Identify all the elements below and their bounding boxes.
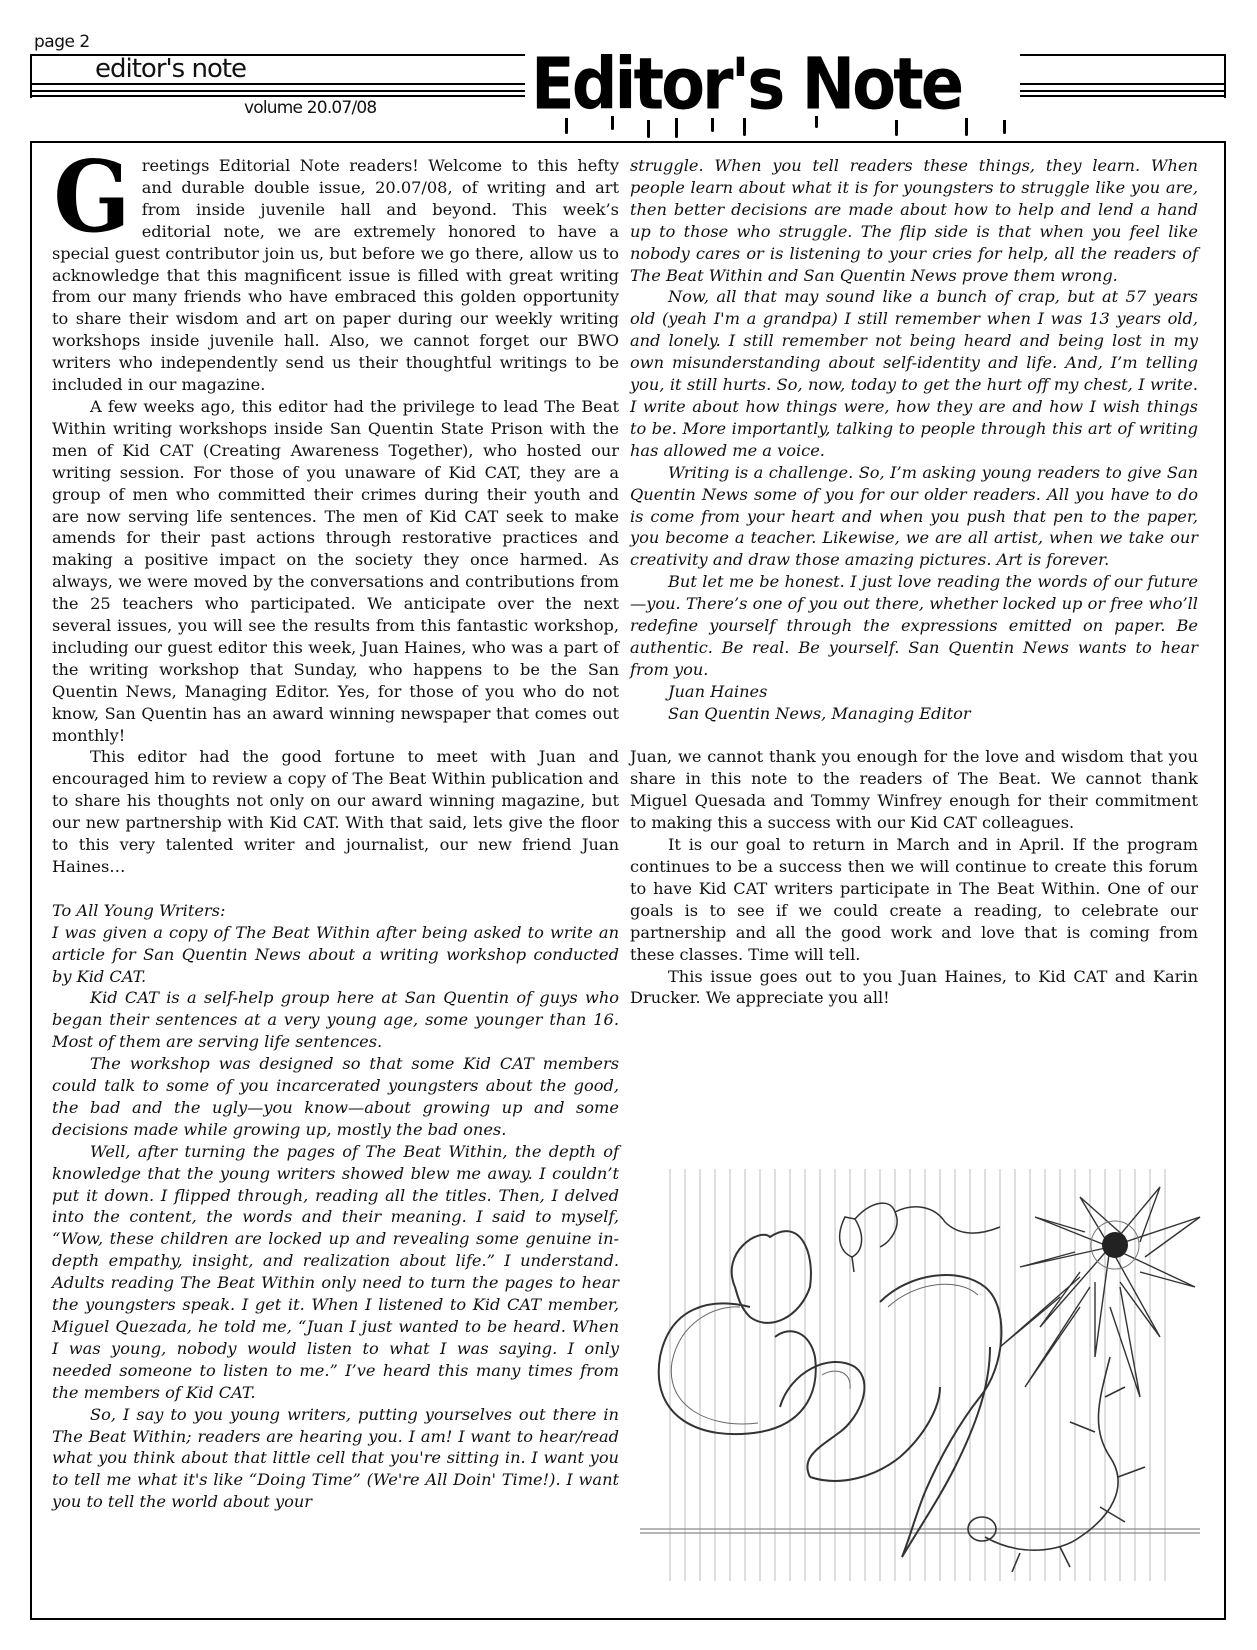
- right-column: struggle. When you tell readers these th…: [630, 155, 1198, 1009]
- drip-decoration: [711, 118, 714, 132]
- letter-paragraph: struggle. When you tell readers these th…: [630, 155, 1198, 286]
- closing-paragraph: Juan, we cannot thank you enough for the…: [630, 746, 1198, 834]
- signature-name: Juan Haines: [630, 681, 1198, 703]
- drip-decoration: [1003, 120, 1006, 134]
- drop-cap: G: [53, 159, 130, 237]
- paragraph: A few weeks ago, this editor had the pri…: [52, 396, 619, 747]
- masthead: Editor's Note: [525, 40, 1020, 132]
- drip-decoration: [743, 118, 746, 136]
- drip-decoration: [611, 116, 614, 130]
- drip-decoration: [965, 118, 968, 136]
- volume-label: volume 20.07/08: [244, 98, 376, 118]
- letter-paragraph: Writing is a challenge. So, I’m asking y…: [630, 462, 1198, 572]
- letter-paragraph: Well, after turning the pages of The Bea…: [52, 1141, 619, 1404]
- left-column: Greetings Editorial Note readers! Welcom…: [52, 155, 619, 1513]
- letter-paragraph: I was given a copy of The Beat Within af…: [52, 922, 619, 988]
- letter-paragraph: But let me be honest. I just love readin…: [630, 571, 1198, 681]
- letter-paragraph: Kid CAT is a self-help group here at San…: [52, 987, 619, 1053]
- signature-title: San Quentin News, Managing Editor: [630, 703, 1198, 725]
- closing-paragraph: This issue goes out to you Juan Haines, …: [630, 966, 1198, 1010]
- masthead-title: Editor's Note: [531, 40, 961, 130]
- drip-decoration: [647, 120, 650, 138]
- letter-salutation: To All Young Writers:: [52, 900, 619, 922]
- drip-decoration: [815, 116, 818, 128]
- section-name: editor's note: [95, 54, 246, 84]
- closing-paragraph: It is our goal to return in March and in…: [630, 834, 1198, 965]
- intro-paragraph: Greetings Editorial Note readers! Welcom…: [52, 155, 619, 396]
- pencil-artwork: [640, 1157, 1216, 1592]
- intro-text: reetings Editorial Note readers! Welcome…: [52, 156, 619, 394]
- drip-decoration: [675, 118, 678, 138]
- ribbon-flower-drawing-icon: [640, 1157, 1216, 1592]
- drip-decoration: [895, 120, 898, 136]
- drip-decoration: [565, 118, 568, 134]
- letter-paragraph: So, I say to you young writers, putting …: [52, 1404, 619, 1514]
- letter-paragraph: Now, all that may sound like a bunch of …: [630, 286, 1198, 461]
- page-number-label: page 2: [34, 32, 90, 52]
- letter-paragraph: The workshop was designed so that some K…: [52, 1053, 619, 1141]
- paragraph: This editor had the good fortune to meet…: [52, 746, 619, 877]
